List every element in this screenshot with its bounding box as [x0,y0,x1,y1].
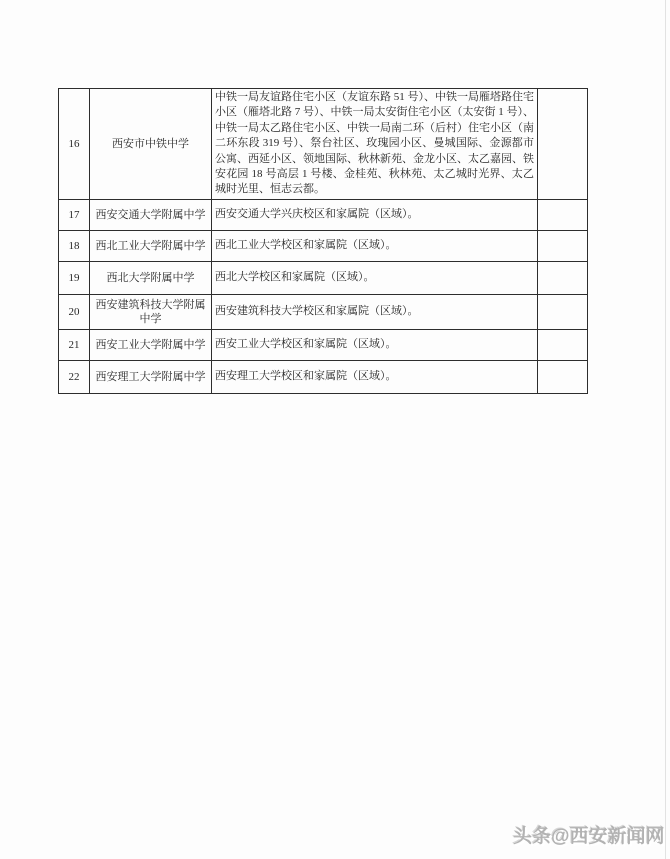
school-name: 西北工业大学附属中学 [90,230,212,261]
district-area: 西北工业大学校区和家属院（区域）。 [212,230,538,261]
table-row: 17 西安交通大学附属中学 西安交通大学兴庆校区和家属院（区域）。 [59,199,588,230]
row-number: 22 [59,360,90,393]
empty-cell [538,261,588,294]
table-row: 22 西安理工大学附属中学 西安理工大学校区和家属院（区域）。 [59,360,588,393]
school-name: 西安交通大学附属中学 [90,199,212,230]
empty-cell [538,199,588,230]
row-number: 20 [59,294,90,329]
watermark-text: 头条@西安新闻网 [513,821,665,848]
district-area: 西北大学校区和家属院（区域）。 [212,261,538,294]
table-row: 21 西安工业大学附属中学 西安工业大学校区和家属院（区域）。 [59,329,588,360]
empty-cell [538,360,588,393]
page-edge-line [665,0,666,859]
empty-cell [538,230,588,261]
table-body: 16 西安市中铁中学 中铁一局友谊路住宅小区（友谊东路 51 号）、中铁一局雁塔… [59,89,588,394]
empty-cell [538,329,588,360]
empty-cell [538,294,588,329]
table-row: 20 西安建筑科技大学附属中学 西安建筑科技大学校区和家属院（区域）。 [59,294,588,329]
row-number: 19 [59,261,90,294]
district-area: 西安建筑科技大学校区和家属院（区域）。 [212,294,538,329]
row-number: 16 [59,89,90,200]
table-row: 18 西北工业大学附属中学 西北工业大学校区和家属院（区域）。 [59,230,588,261]
document-page: 16 西安市中铁中学 中铁一局友谊路住宅小区（友谊东路 51 号）、中铁一局雁塔… [0,0,670,859]
school-name: 西安工业大学附属中学 [90,329,212,360]
district-area: 西安理工大学校区和家属院（区域）。 [212,360,538,393]
school-district-table: 16 西安市中铁中学 中铁一局友谊路住宅小区（友谊东路 51 号）、中铁一局雁塔… [58,88,588,394]
row-number: 18 [59,230,90,261]
school-name: 西北大学附属中学 [90,261,212,294]
empty-cell [538,89,588,200]
table-row: 19 西北大学附属中学 西北大学校区和家属院（区域）。 [59,261,588,294]
district-area: 西安工业大学校区和家属院（区域）。 [212,329,538,360]
district-area: 中铁一局友谊路住宅小区（友谊东路 51 号）、中铁一局雁塔路住宅小区（雁塔北路 … [212,89,538,200]
row-number: 17 [59,199,90,230]
row-number: 21 [59,329,90,360]
school-name: 西安理工大学附属中学 [90,360,212,393]
school-name: 西安建筑科技大学附属中学 [90,294,212,329]
school-name: 西安市中铁中学 [90,89,212,200]
table-row: 16 西安市中铁中学 中铁一局友谊路住宅小区（友谊东路 51 号）、中铁一局雁塔… [59,89,588,200]
district-area: 西安交通大学兴庆校区和家属院（区域）。 [212,199,538,230]
